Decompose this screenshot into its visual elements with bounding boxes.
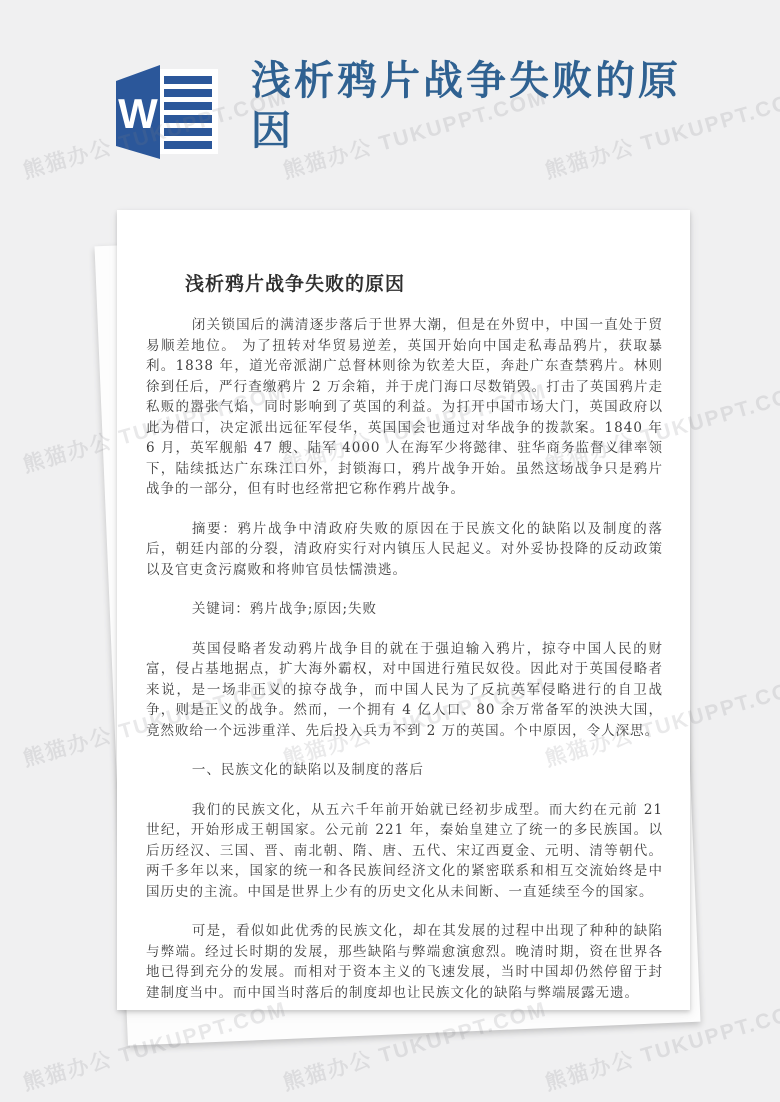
doc-paragraph-abstract: 摘要：鸦片战争中清政府失败的原因在于民族文化的缺陷以及制度的落后，朝廷内部的分裂… (146, 519, 663, 581)
word-document-icon: W (104, 56, 226, 168)
header: W 浅析鸦片战争失败的原因 (0, 0, 780, 200)
document-title: 浅析鸦片战争失败的原因 (185, 272, 663, 297)
doc-paragraph-body-2: 我们的民族文化，从五六千年前开始就已经初步成型。而大约在元前 21 世纪，开始形… (146, 800, 663, 903)
doc-paragraph-body-1: 英国侵略者发动鸦片战争目的就在于强迫输入鸦片，掠夺中国人民的财富，侵占基地据点，… (146, 639, 663, 742)
doc-paragraph-keywords: 关键词：鸦片战争;原因;失败 (146, 599, 663, 620)
document-page: 浅析鸦片战争失败的原因 闭关锁国后的满清逐步落后于世界大潮，但是在外贸中，中国一… (117, 210, 690, 1010)
doc-paragraph-body-3: 可是，看似如此优秀的民族文化，却在其发展的过程中出现了种种的缺陷与弊端。经过长时… (146, 921, 663, 1003)
doc-paragraph-intro: 闭关锁国后的满清逐步落后于世界大潮，但是在外贸中，中国一直处于贸易顺差地位。 为… (146, 315, 663, 500)
doc-section-heading-1: 一、民族文化的缺陷以及制度的落后 (146, 760, 663, 781)
word-icon-letter: W (118, 90, 158, 137)
page-title: 浅析鸦片战争失败的原因 (251, 56, 717, 156)
screenshot-root: W 浅析鸦片战争失败的原因 浅析鸦片战争失败的原因 闭关锁国后的满清逐步落后于世… (0, 0, 780, 1102)
